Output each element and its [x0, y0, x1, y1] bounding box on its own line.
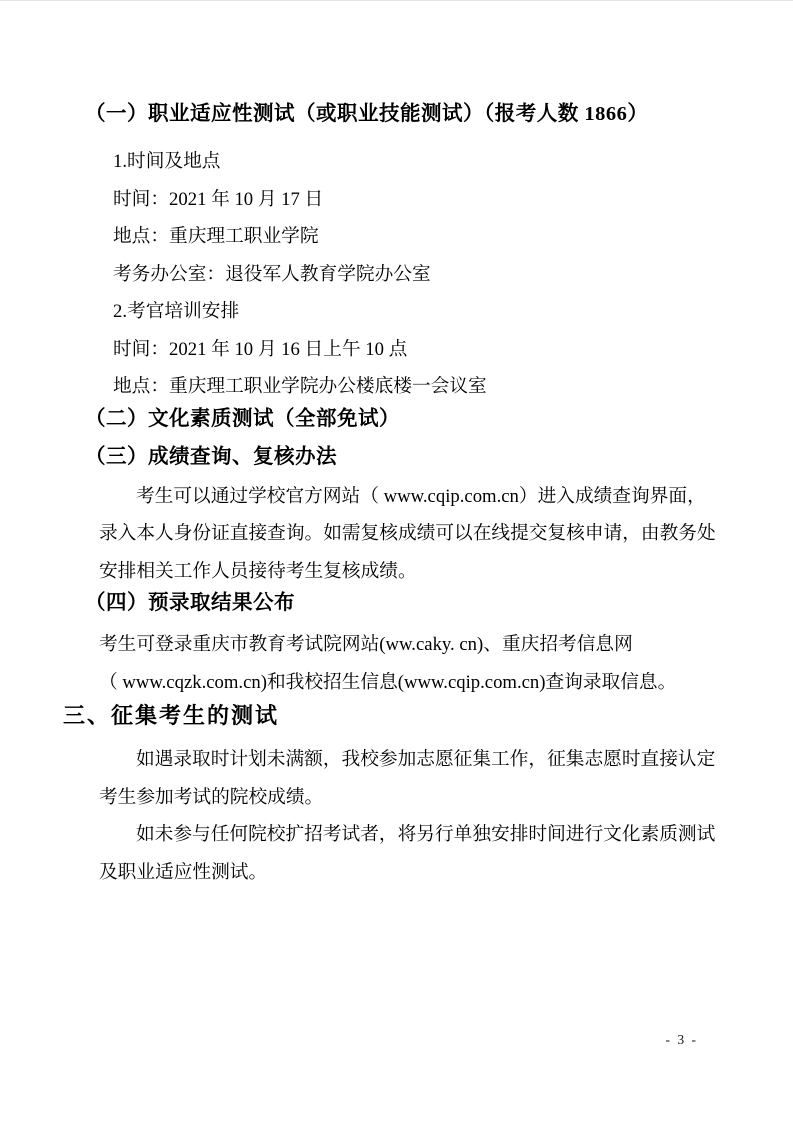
- detail-line-place-1: 地点：重庆理工职业学院: [113, 218, 713, 256]
- section-5-paragraph-1: 如遇录取时计划未满额，我校参加志愿征集工作，征集志愿时直接认定 考生参加考试的院…: [99, 741, 713, 816]
- detail-line-subitem-2: 2.考官培训安排: [113, 293, 713, 331]
- section-3-heading: （三）成绩查询、复核办法: [85, 444, 713, 470]
- section-major-heading: 三、征集考生的测试: [63, 701, 713, 731]
- section-4-paragraph: 考生可登录重庆市教育考试院网站(ww.caky. cn)、重庆招考信息网 （ w…: [99, 626, 713, 701]
- section-1-body: 1.时间及地点 时间：2021 年 10 月 17 日 地点：重庆理工职业学院 …: [113, 143, 713, 406]
- paragraph-line: 如遇录取时计划未满额，我校参加志愿征集工作，征集志愿时直接认定: [99, 741, 713, 779]
- paragraph-line: 如未参与任何院校扩招考试者，将另行单独安排时间进行文化素质测试: [99, 816, 713, 854]
- paragraph-line: （ www.cqzk.com.cn)和我校招生信息(www.cqip.com.c…: [99, 664, 713, 702]
- section-3-paragraph: 考生可以通过学校官方网站（ www.cqip.com.cn）进入成绩查询界面， …: [99, 478, 713, 591]
- detail-line-place-2: 地点：重庆理工职业学院办公楼底楼一会议室: [113, 368, 713, 406]
- paragraph-line: 安排相关工作人员接待考生复核成绩。: [99, 553, 713, 591]
- page-number: - 3 -: [666, 1031, 699, 1049]
- detail-line-subitem-1: 1.时间及地点: [113, 143, 713, 181]
- paragraph-line: 考生参加考试的院校成绩。: [99, 779, 713, 817]
- detail-line-time-1: 时间：2021 年 10 月 17 日: [113, 181, 713, 219]
- section-1-heading: （一）职业适应性测试（或职业技能测试）（报考人数 1866）: [85, 101, 713, 127]
- section-2-heading: （二）文化素质测试（全部免试）: [85, 406, 713, 432]
- paragraph-line: 考生可以通过学校官方网站（ www.cqip.com.cn）进入成绩查询界面，: [99, 478, 713, 516]
- section-5-paragraph-2: 如未参与任何院校扩招考试者，将另行单独安排时间进行文化素质测试 及职业适应性测试…: [99, 816, 713, 891]
- paragraph-line: 及职业适应性测试。: [99, 854, 713, 892]
- detail-line-office: 考务办公室：退役军人教育学院办公室: [113, 256, 713, 294]
- section-4-heading: （四）预录取结果公布: [85, 590, 713, 616]
- paragraph-line: 录入本人身份证直接查询。如需复核成绩可以在线提交复核申请，由教务处: [99, 515, 713, 553]
- document-page: （一）职业适应性测试（或职业技能测试）（报考人数 1866） 1.时间及地点 时…: [0, 0, 793, 1122]
- detail-line-time-2: 时间：2021 年 10 月 16 日上午 10 点: [113, 331, 713, 369]
- paragraph-line: 考生可登录重庆市教育考试院网站(ww.caky. cn)、重庆招考信息网: [99, 626, 713, 664]
